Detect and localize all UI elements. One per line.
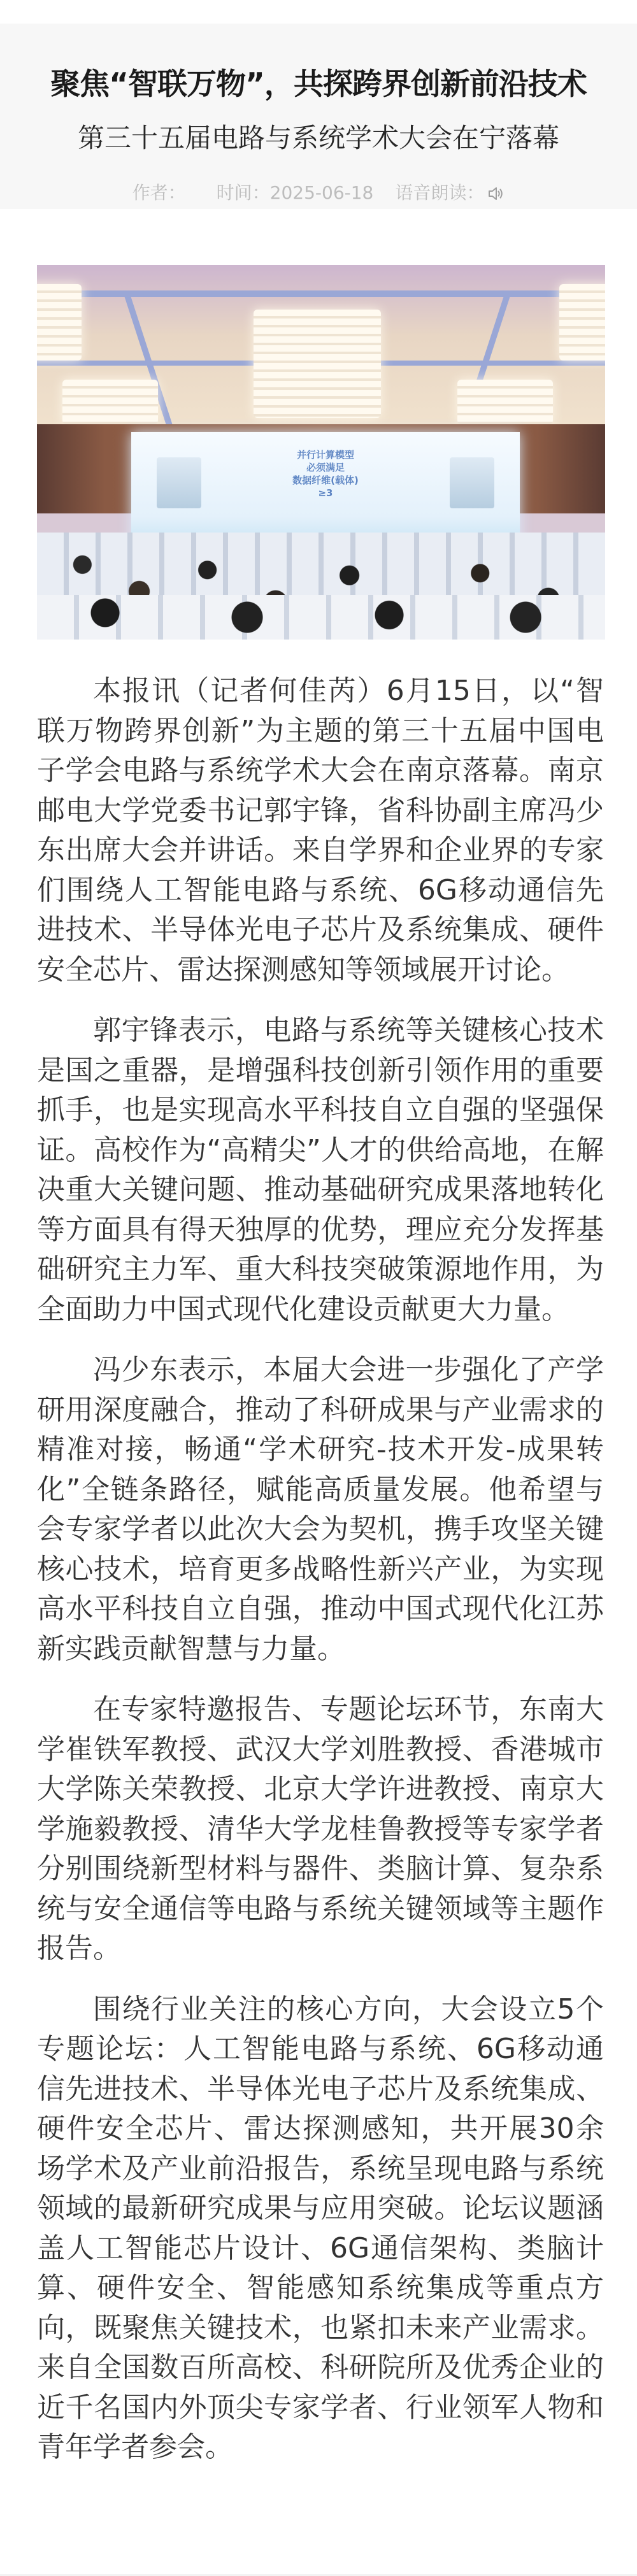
publish-date: 2025-06-18 <box>270 180 374 206</box>
article-page: 聚焦“智联万物”，共探跨界创新前沿技术 第三十五届电路与系统学术大会在宁落幕 作… <box>0 0 637 2576</box>
paragraph-1: 本报讯（记者何佳芮）6月15日，以“智联万物跨界创新”为主题的第三十五届中国电子… <box>37 671 604 990</box>
meta-read-aloud: 语音朗读： <box>395 180 505 206</box>
conference-hall-photo: 并行计算模型 必须满足 数据纤维(载体) ≥3 <box>37 265 605 640</box>
time-label: 时间： <box>217 180 270 206</box>
read-aloud-label: 语音朗读： <box>395 180 484 206</box>
paragraph-3: 冯少东表示，本届大会进一步强化了产学研用深度融合，推动了科研成果与产业需求的精准… <box>37 1350 604 1669</box>
screen-line: 必须满足 <box>131 461 520 474</box>
article-header: 聚焦“智联万物”，共探跨界创新前沿技术 第三十五届电路与系统学术大会在宁落幕 作… <box>0 24 637 209</box>
chandelier <box>559 284 605 361</box>
photo-audience <box>37 533 605 640</box>
paragraph-5: 围绕行业关注的核心方向，大会设立5个专题论坛：人工智能电路与系统、6G移动通信先… <box>37 1990 604 2468</box>
chandelier <box>37 284 82 361</box>
screen-line: 数据纤维(载体) <box>131 474 520 487</box>
screen-text: 并行计算模型 必须满足 数据纤维(载体) ≥3 <box>131 448 520 499</box>
screen-line: 并行计算模型 <box>131 448 520 461</box>
chandelier <box>62 380 158 424</box>
top-spacer <box>0 0 637 24</box>
article-subtitle: 第三十五届电路与系统学术大会在宁落幕 <box>0 120 637 156</box>
article-body: 本报讯（记者何佳芮）6月15日，以“智联万物跨界创新”为主题的第三十五届中国电子… <box>37 671 604 2489</box>
article-meta: 作者： 时间： 2025-06-18 语音朗读： <box>0 180 637 206</box>
chandelier <box>254 310 381 418</box>
chandelier <box>457 380 553 424</box>
photo-ceiling <box>37 265 605 443</box>
screen-line: ≥3 <box>131 487 520 499</box>
article-title: 聚焦“智联万物”，共探跨界创新前沿技术 <box>0 66 637 104</box>
speaker-icon[interactable] <box>487 184 505 202</box>
meta-time: 时间： 2025-06-18 <box>217 180 374 206</box>
author-label: 作者： <box>132 180 186 206</box>
meta-author: 作者： <box>132 180 186 206</box>
paragraph-4: 在专家特邀报告、专题论坛环节，东南大学崔铁军教授、武汉大学刘胜教授、香港城市大学… <box>37 1690 604 1969</box>
photo-audience-front <box>37 595 605 640</box>
paragraph-2: 郭宇锋表示，电路与系统等关键核心技术是国之重器，是增强科技创新引领作用的重要抓手… <box>37 1011 604 1329</box>
